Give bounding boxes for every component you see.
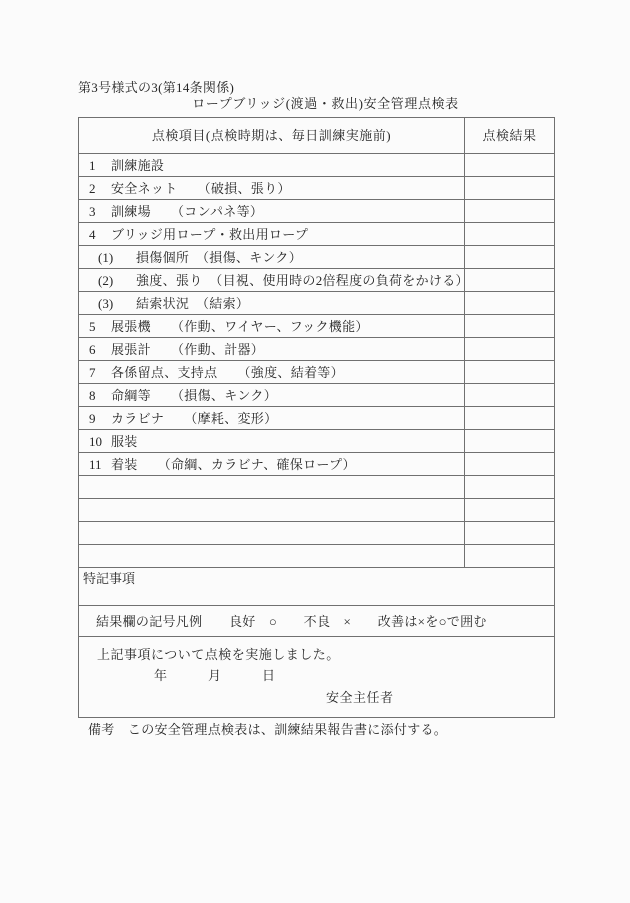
inspection-item-cell: 8命綱等 （損傷、キンク） [79, 384, 465, 406]
inspection-result-cell [465, 338, 554, 360]
legend-row: 結果欄の記号凡例 良好 ○ 不良 × 改善は×を○で囲む [79, 606, 554, 637]
inspection-item-cell: 6展張計 （作動、計器） [79, 338, 465, 360]
table-row: 7各係留点、支持点 （強度、結着等） [79, 361, 554, 384]
inspection-item-cell: 2安全ネット （破損、張り） [79, 177, 465, 199]
table-row: 5展張機 （作動、ワイヤー、フック機能） [79, 315, 554, 338]
row-number: 9 [89, 412, 111, 425]
signature-date-line: 年 月 日 [79, 665, 554, 686]
inspection-result-cell [465, 315, 554, 337]
inspection-result-cell [465, 522, 554, 544]
row-label: 損傷個所 （損傷、キンク） [136, 251, 302, 264]
inspection-result-cell [465, 292, 554, 314]
row-number: 4 [89, 228, 111, 241]
form-number-label: 第3号様式の3(第14条関係) [78, 81, 234, 94]
inspection-item-cell: (2)強度、張り （目視、使用時の2倍程度の負荷をかける） [79, 269, 465, 291]
row-label: 訓練場 （コンパネ等） [111, 205, 263, 218]
inspection-item-cell: 3訓練場 （コンパネ等） [79, 200, 465, 222]
table-header-row: 点検項目(点検時期は、毎日訓練実施前) 点検結果 [79, 118, 554, 154]
signature-block: 上記事項について点検を実施しました。 年 月 日 安全主任者 [79, 637, 554, 717]
signature-officer-label: 安全主任者 [79, 686, 554, 708]
row-number: 11 [89, 458, 111, 471]
inspection-item-cell [79, 522, 465, 544]
row-label: ブリッジ用ロープ・救出用ロープ [111, 228, 308, 241]
row-number: (3) [98, 297, 136, 310]
table-row: (3)結索状況 （結索） [79, 292, 554, 315]
table-row-empty [79, 522, 554, 545]
inspection-item-cell [79, 499, 465, 521]
row-number: 8 [89, 389, 111, 402]
inspection-result-cell [465, 154, 554, 176]
inspection-result-cell [465, 269, 554, 291]
table-row: 1訓練施設 [79, 154, 554, 177]
row-number: (2) [98, 274, 136, 287]
row-label: 展張機 （作動、ワイヤー、フック機能） [111, 320, 369, 333]
inspection-item-cell [79, 476, 465, 498]
column-header-inspection-item: 点検項目(点検時期は、毎日訓練実施前) [79, 118, 465, 153]
row-number: 2 [89, 182, 111, 195]
row-number: 7 [89, 366, 111, 379]
row-label: 展張計 （作動、計器） [111, 343, 264, 356]
table-body: 1訓練施設2安全ネット （破損、張り）3訓練場 （コンパネ等）4ブリッジ用ロープ… [79, 154, 554, 568]
document-title: ロープブリッジ(渡過・救出)安全管理点検表 [78, 97, 553, 110]
inspection-item-cell: 9カラビナ （摩耗、変形） [79, 407, 465, 429]
table-row: 9カラビナ （摩耗、変形） [79, 407, 554, 430]
inspection-item-cell: 10服装 [79, 430, 465, 452]
inspection-table: 点検項目(点検時期は、毎日訓練実施前) 点検結果 1訓練施設2安全ネット （破損… [78, 117, 555, 718]
inspection-result-cell [465, 223, 554, 245]
row-label: 各係留点、支持点 （強度、結着等） [111, 366, 344, 379]
inspection-result-cell [465, 453, 554, 475]
table-row: (2)強度、張り （目視、使用時の2倍程度の負荷をかける） [79, 269, 554, 292]
row-label: 安全ネット （破損、張り） [111, 182, 291, 195]
inspection-result-cell [465, 384, 554, 406]
remark-note: 備考 この安全管理点検表は、訓練結果報告書に添付する。 [88, 723, 447, 736]
table-row: 4ブリッジ用ロープ・救出用ロープ [79, 223, 554, 246]
inspection-item-cell: (3)結索状況 （結索） [79, 292, 465, 314]
special-notes-section: 特記事項 [79, 568, 554, 606]
row-number: 1 [89, 159, 111, 172]
table-row: (1)損傷個所 （損傷、キンク） [79, 246, 554, 269]
inspection-item-cell: (1)損傷個所 （損傷、キンク） [79, 246, 465, 268]
inspection-result-cell [465, 430, 554, 452]
special-notes-label: 特記事項 [83, 571, 135, 586]
inspection-result-cell [465, 407, 554, 429]
table-row-empty [79, 545, 554, 568]
inspection-result-cell [465, 246, 554, 268]
row-label: カラビナ （摩耗、変形） [111, 412, 277, 425]
inspection-item-cell: 1訓練施設 [79, 154, 465, 176]
row-label: 服装 [111, 435, 138, 448]
row-number: 6 [89, 343, 111, 356]
inspection-result-cell [465, 545, 554, 567]
document-page: 第3号様式の3(第14条関係) ロープブリッジ(渡過・救出)安全管理点検表 点検… [0, 0, 630, 903]
row-number: (1) [98, 251, 136, 264]
legend-text: 結果欄の記号凡例 良好 ○ 不良 × 改善は×を○で囲む [96, 615, 487, 628]
inspection-result-cell [465, 361, 554, 383]
row-number: 3 [89, 205, 111, 218]
signature-statement: 上記事項について点検を実施しました。 [79, 644, 554, 665]
row-label: 訓練施設 [111, 159, 164, 172]
inspection-item-cell: 7各係留点、支持点 （強度、結着等） [79, 361, 465, 383]
column-header-inspection-result: 点検結果 [465, 118, 554, 153]
row-label: 結索状況 （結索） [136, 297, 249, 310]
row-label: 強度、張り （目視、使用時の2倍程度の負荷をかける） [136, 274, 465, 287]
row-number: 5 [89, 320, 111, 333]
inspection-item-cell: 4ブリッジ用ロープ・救出用ロープ [79, 223, 465, 245]
table-row-empty [79, 499, 554, 522]
inspection-result-cell [465, 499, 554, 521]
inspection-result-cell [465, 476, 554, 498]
table-row: 3訓練場 （コンパネ等） [79, 200, 554, 223]
row-number: 10 [89, 435, 111, 448]
table-row-empty [79, 476, 554, 499]
inspection-item-cell [79, 545, 465, 567]
table-row: 2安全ネット （破損、張り） [79, 177, 554, 200]
row-label: 命綱等 （損傷、キンク） [111, 389, 277, 402]
table-row: 10服装 [79, 430, 554, 453]
inspection-result-cell [465, 177, 554, 199]
table-row: 11着装 （命綱、カラビナ、確保ロープ） [79, 453, 554, 476]
inspection-result-cell [465, 200, 554, 222]
table-row: 8命綱等 （損傷、キンク） [79, 384, 554, 407]
inspection-item-cell: 5展張機 （作動、ワイヤー、フック機能） [79, 315, 465, 337]
inspection-item-cell: 11着装 （命綱、カラビナ、確保ロープ） [79, 453, 465, 475]
table-row: 6展張計 （作動、計器） [79, 338, 554, 361]
row-label: 着装 （命綱、カラビナ、確保ロープ） [111, 458, 356, 471]
